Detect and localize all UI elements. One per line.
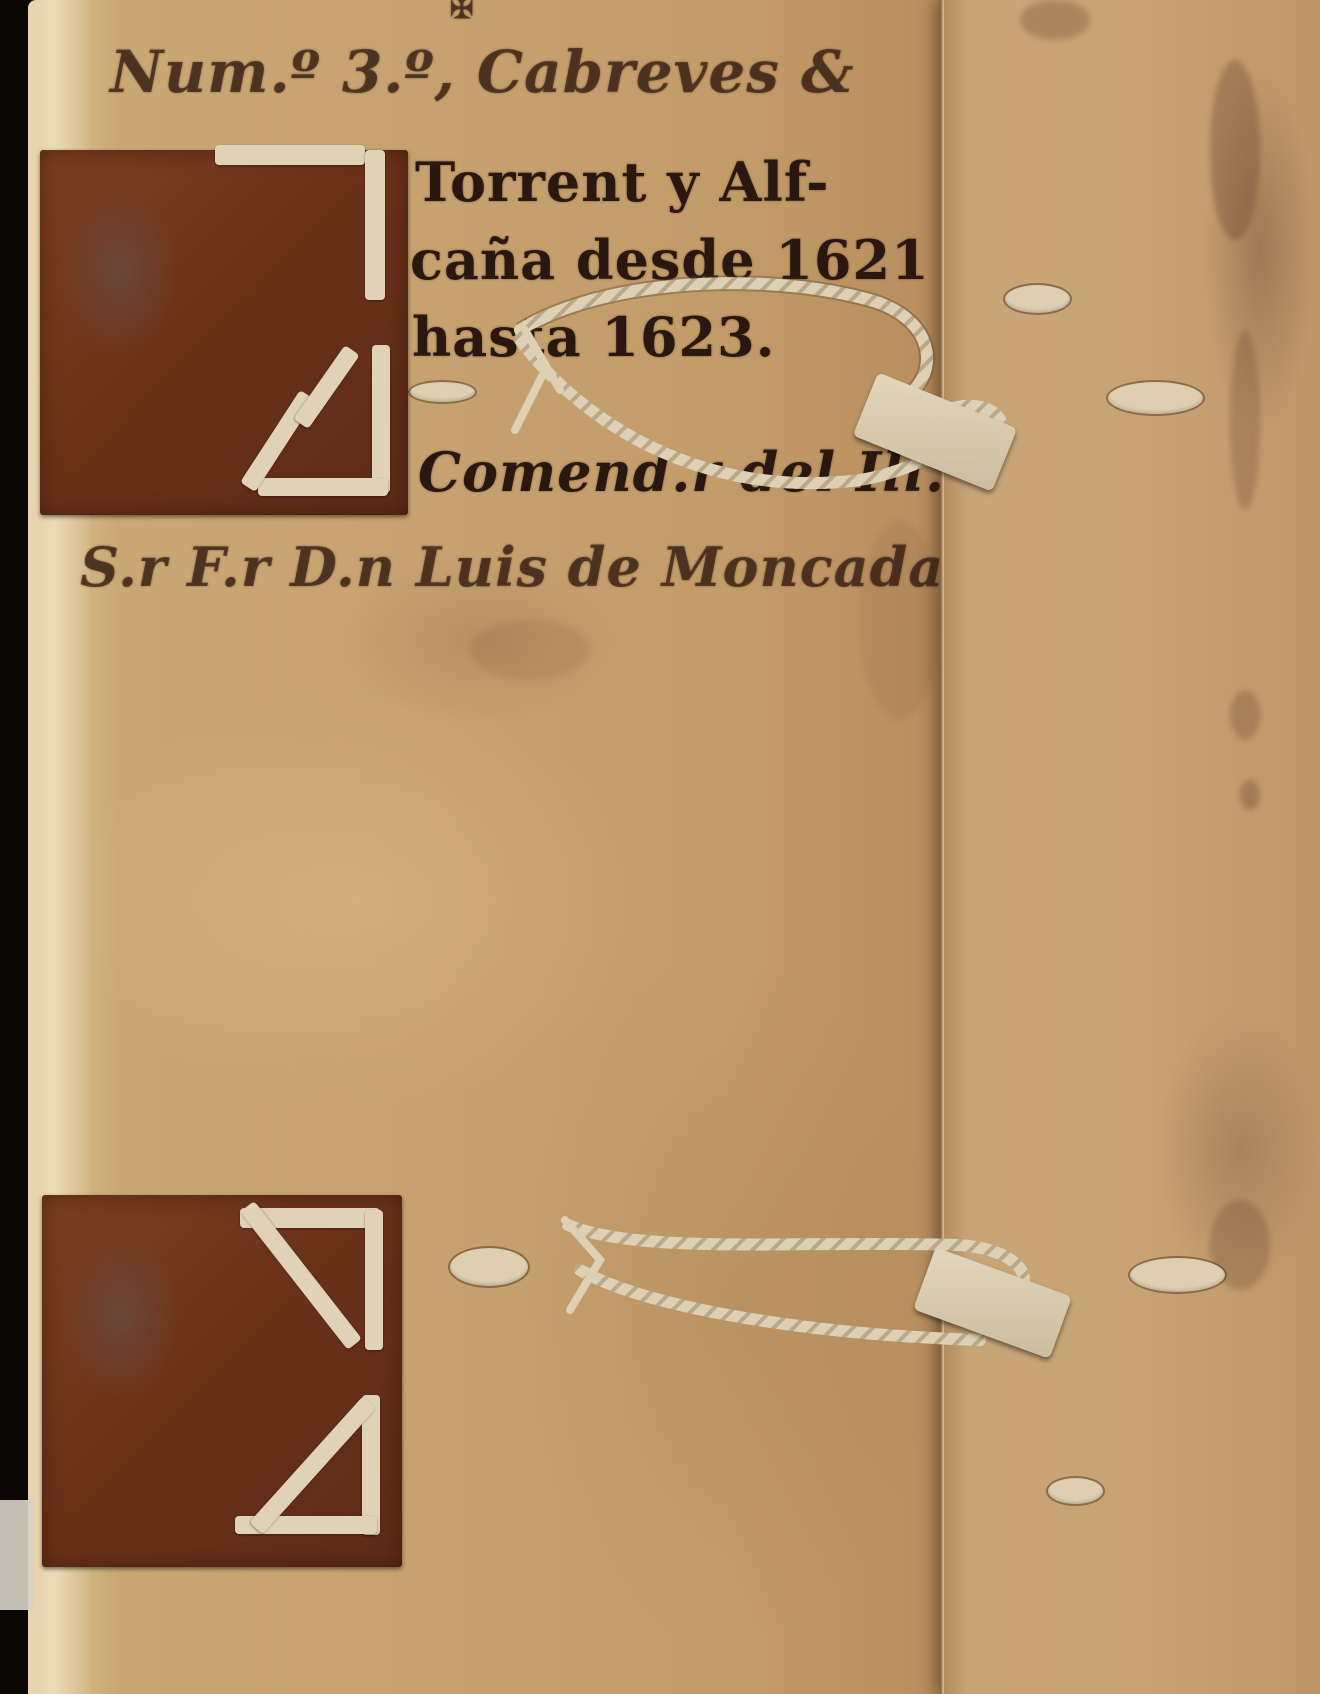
- cord-closures: [0, 0, 1320, 1694]
- paper-label-scrap: [0, 1500, 34, 1610]
